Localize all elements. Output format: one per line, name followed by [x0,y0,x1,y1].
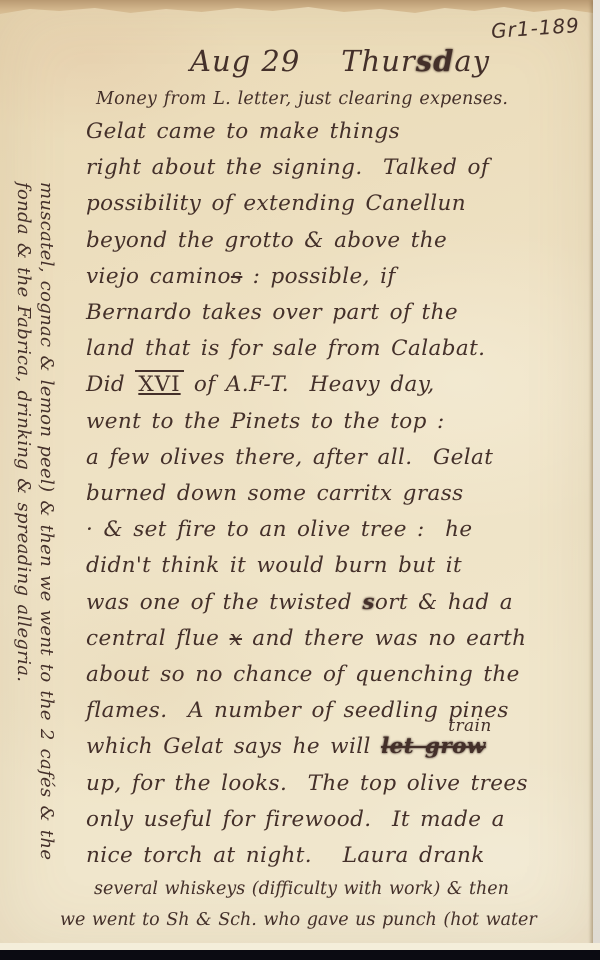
manuscript-line: Bernardo takes over part of the [86,295,576,331]
margin-note-line: fonda & the Fabrica, drinking & spreadin… [12,182,35,932]
entry-date: Aug 29 [190,44,300,78]
manuscript-line: burned down some carritx grass [86,476,576,512]
manuscript-line: went to the Pinets to the top : [86,404,576,440]
manuscript-line: viejo caminos : possible, if [86,259,576,295]
correction-group: let growtrain [381,734,486,759]
manuscript-line: which Gelat says he will let growtrain [86,729,576,765]
heading-gap [300,44,341,78]
manuscript-line: several whiskeys (difficulty with work) … [86,874,576,905]
manuscript-line: we went to Sh & Sch. who gave us punch (… [60,905,576,935]
manuscript-line: Gelat came to make things [86,114,576,150]
manuscript-line: right about the signing. Talked of [86,150,576,186]
manuscript-line: possibility of extending Canellun [86,186,576,222]
manuscript-line: didn't think it would burn but it [86,548,576,584]
manuscript-line: up, for the looks. The top olive trees [86,766,576,802]
manuscript-line: Did XVI of A.F-T. Heavy day, [86,367,576,403]
boxed-roman-numeral: XVI [135,370,183,397]
crossed-out-text: s [231,264,242,289]
manuscript-line: Money from L. letter, just clearing expe… [86,84,576,114]
manuscript-line: was one of the twisted sort & had a [86,585,576,621]
manuscript-line: flames. A number of seedling pines [86,693,576,729]
manuscript-line: beyond the grotto & above the [86,223,576,259]
crossed-out-text: let grow [381,734,486,759]
next-page-edge [0,943,600,950]
manuscript-scan: Gr1-189 Aug 29 Thursday Money from L. le… [0,0,600,960]
entry-weekday: Thursday [341,44,490,78]
margin-note-rotated-block: muscatel, cognac & lemon peel) & then we… [12,182,58,932]
manuscript-line: central flue x and there was no earth [86,621,576,657]
manuscript-line: a few olives there, after all. Gelat [86,440,576,476]
manuscript-line: · & set fire to an olive tree : he [86,512,576,548]
overwritten-letters: sd [416,44,455,78]
crossed-out-text: x [230,626,243,651]
manuscript-line: land that is for sale from Calabat. [86,331,576,367]
manuscript-line: nice torch at night. Laura drank [86,838,576,874]
manuscript-line: only useful for firewood. It made a [86,802,576,838]
margin-note-line: muscatel, cognac & lemon peel) & then we… [35,182,58,932]
blotted-letter: s [362,590,375,615]
entry-date-heading: Aug 29 Thursday [86,38,576,84]
manuscript-line: about so no chance of quenching the [86,657,576,693]
scan-edge-right [593,0,600,960]
scan-background-bottom [0,950,600,960]
inserted-word-above-line: train [448,718,491,735]
diary-entry-body: Aug 29 Thursday Money from L. letter, ju… [86,38,576,935]
